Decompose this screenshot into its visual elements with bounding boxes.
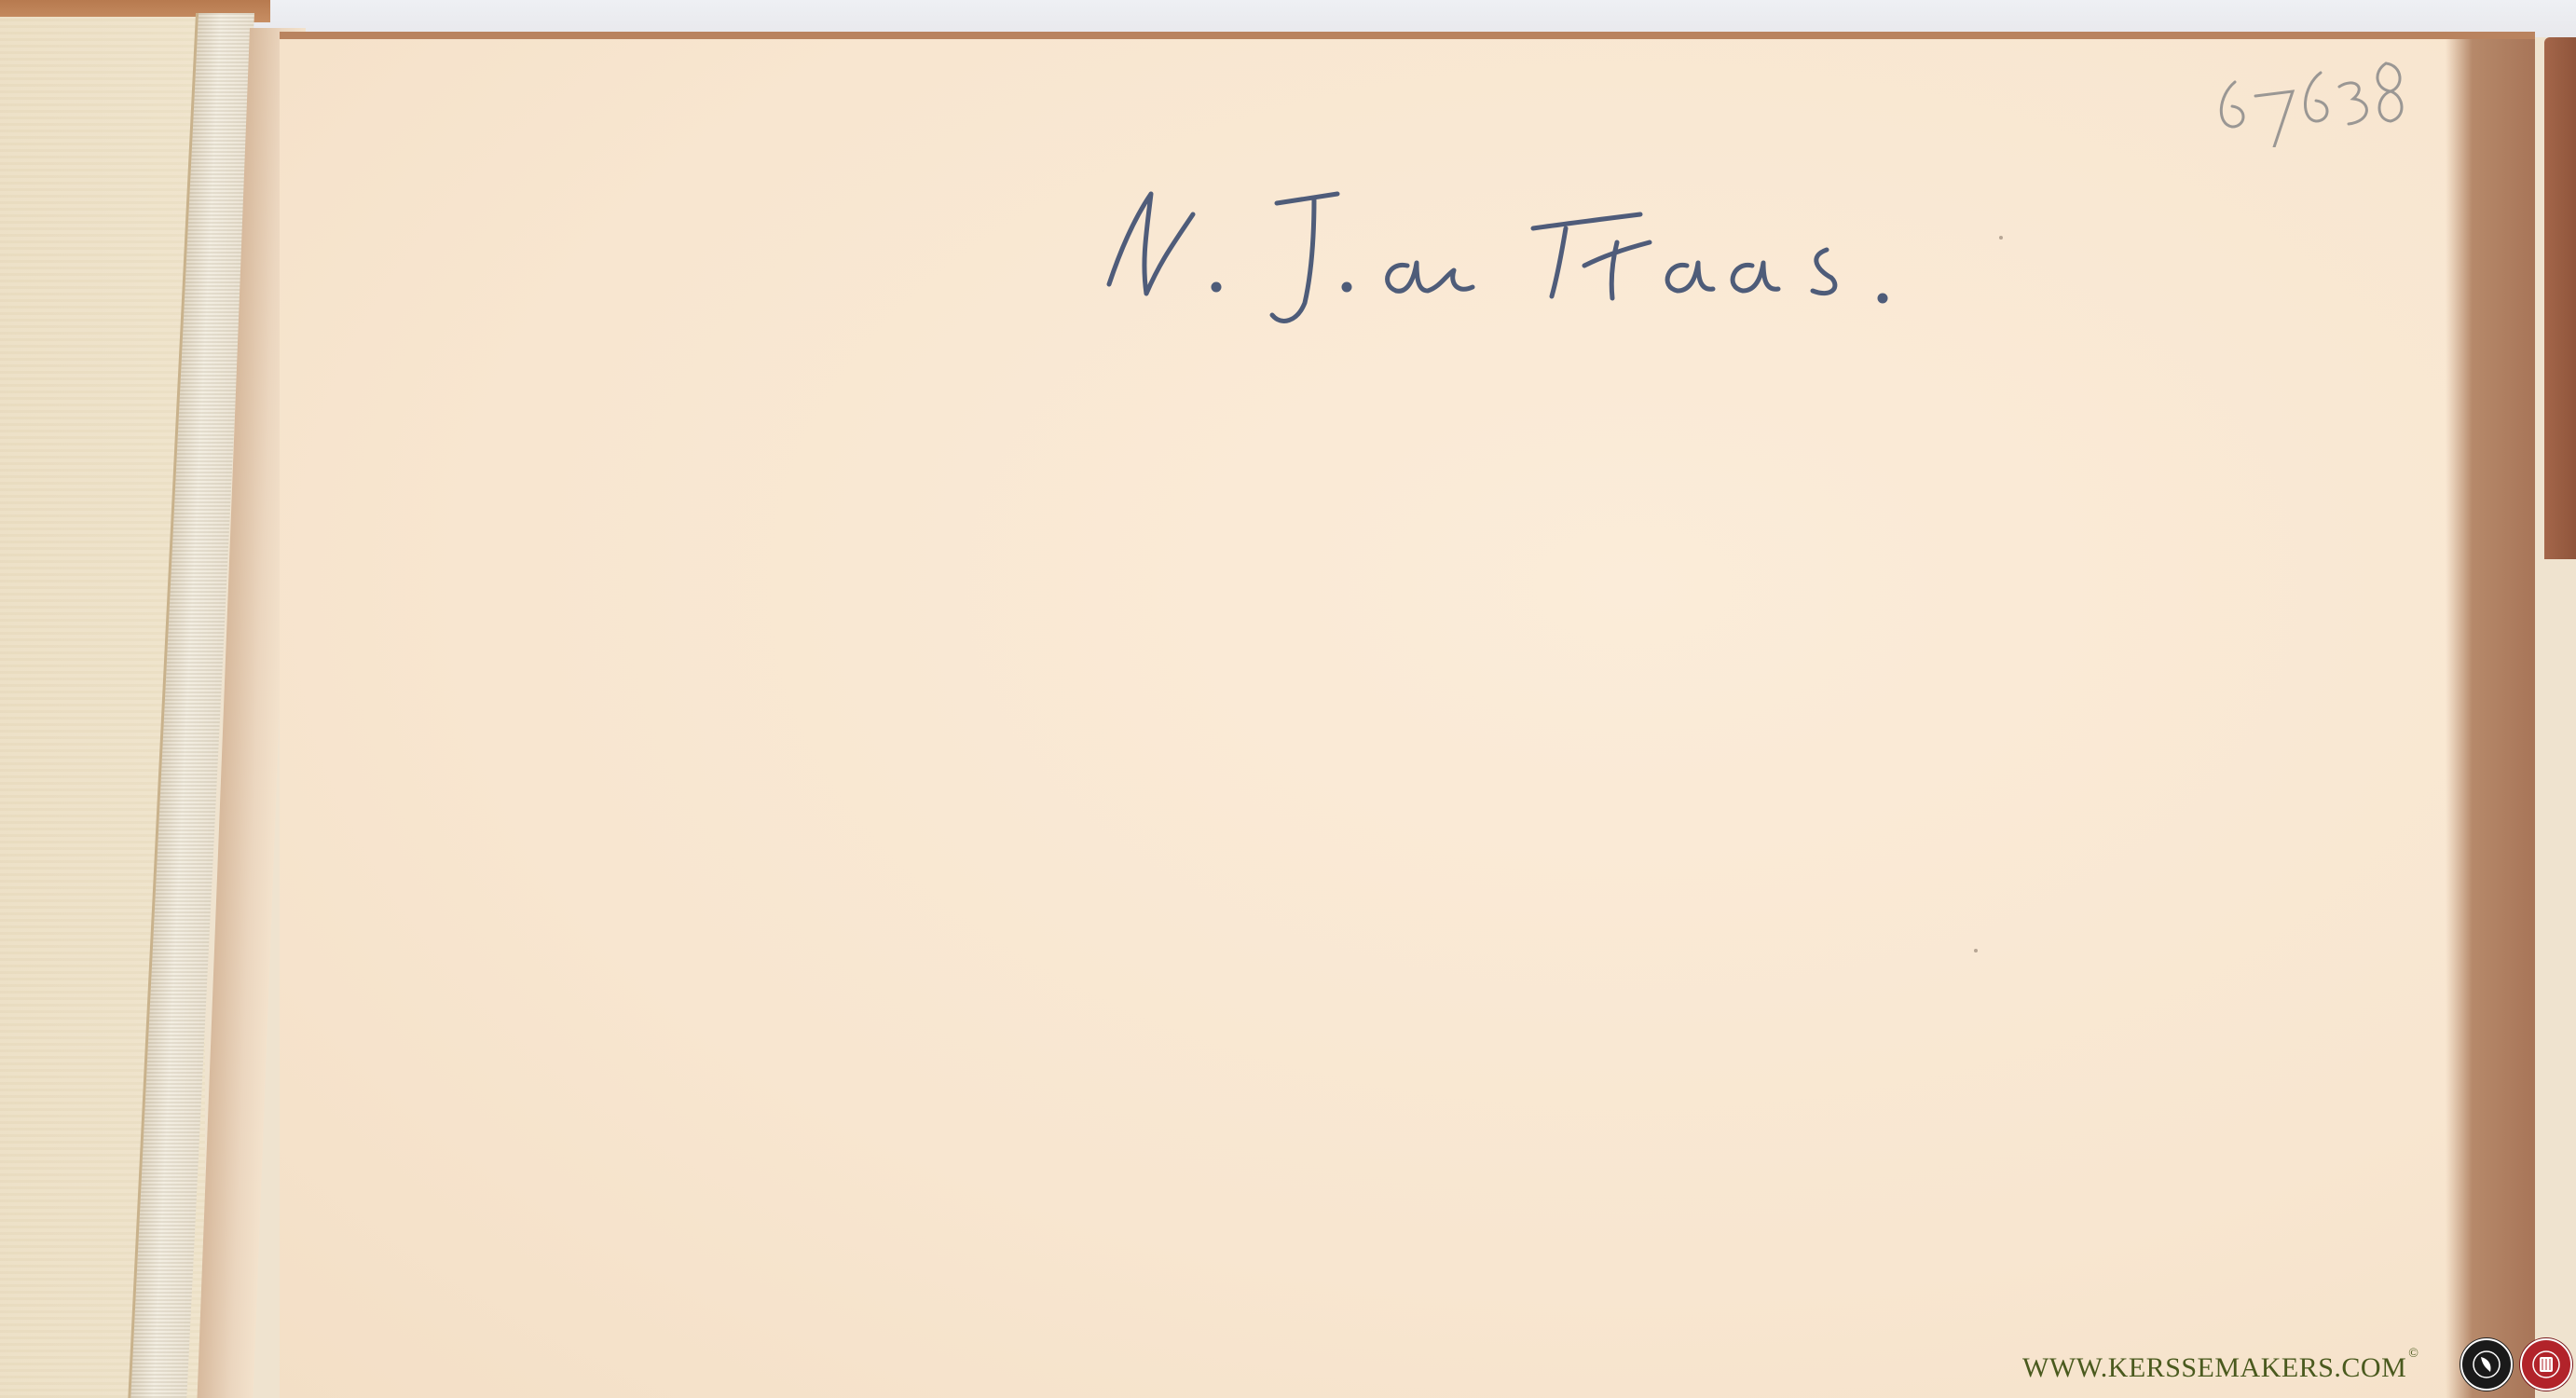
pencil-inventory-number: 67638 [2199,45,2423,147]
watermark: WWW.KERSSEMAKERS.COM © [2022,1347,2418,1384]
association-badges [2460,1338,2572,1391]
copyright-symbol: © [2408,1347,2418,1362]
nva-logo-icon [2460,1338,2513,1391]
signature-glyphs [1081,177,1976,326]
book-cover-right-edge [2544,37,2576,559]
paper-speck [1974,949,1978,953]
ilab-logo-icon [2520,1338,2572,1391]
watermark-text: WWW.KERSSEMAKERS.COM [2022,1352,2406,1384]
page-edge-stain [2446,39,2535,1398]
book-photo: W. J. de Haas. 67638 [0,0,2576,1398]
pencil-glyphs [2199,45,2423,147]
paper-speck [1999,236,2003,240]
ink-signature: W. J. de Haas. [1081,177,1976,326]
